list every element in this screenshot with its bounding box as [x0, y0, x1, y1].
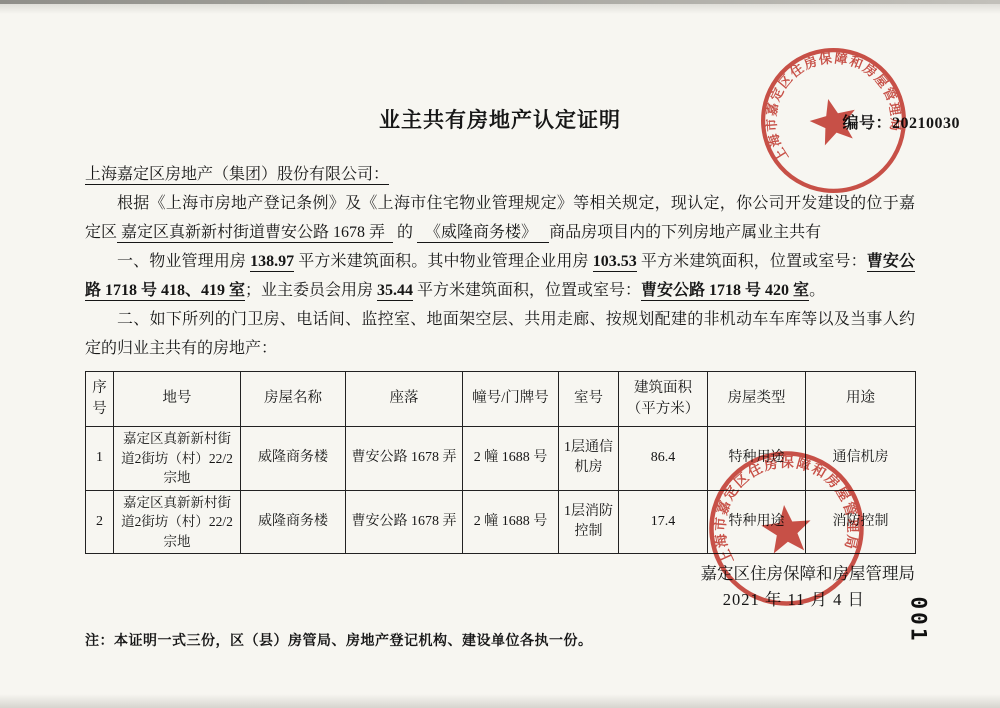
cell-land-number: 嘉定区真新新村街道2街坊（村）22/2宗地	[114, 427, 241, 491]
intro-connector: 的	[393, 224, 417, 241]
item1-text3: 平方米建筑面积，位置或室号：	[637, 253, 867, 270]
scan-edge-bottom	[0, 694, 1000, 708]
cell-room-number: 1层消防控制	[559, 490, 619, 554]
paragraph-item-one: 一、物业管理用房 138.97 平方米建筑面积。其中物业管理企业用房 103.5…	[85, 247, 915, 305]
cell-building-name: 威隆商务楼	[241, 427, 346, 491]
document-number-label: 编号：	[842, 115, 892, 132]
header-building-name: 房屋名称	[241, 372, 346, 427]
intro-building-name-underlined: 《威隆商务楼》	[417, 224, 549, 243]
item1-mgmt-area-underlined: 103.53	[593, 253, 637, 272]
cell-seq: 1	[86, 427, 114, 491]
property-table: 序号 地号 房屋名称 座落 幢号/门牌号 室号 建筑面积（平方米） 房屋类型 用…	[85, 371, 916, 554]
document-content: 业主共有房地产认定证明 编号：20210030 上海嘉定区房地产（集团）股份有限…	[0, 104, 1000, 650]
addressee-line: 上海嘉定区房地产（集团）股份有限公司：	[85, 160, 915, 189]
item1-committee-room-underlined: 曹安公路 1718 号 420 室	[641, 282, 809, 301]
paragraph-item-two: 二、如下所列的门卫房、电话间、监控室、地面架空层、共用走廊、按规划配建的非机动车…	[85, 305, 915, 363]
cell-location: 曹安公路 1678 弄	[346, 427, 463, 491]
page-title: 业主共有房地产认定证明	[85, 104, 915, 134]
table-row: 2 嘉定区真新新村街道2街坊（村）22/2宗地 威隆商务楼 曹安公路 1678 …	[86, 490, 916, 554]
header-land-number: 地号	[114, 372, 241, 427]
header-floor-area: 建筑面积（平方米）	[619, 372, 708, 427]
issuing-authority: 嘉定区住房保障和房屋管理局	[85, 561, 915, 587]
header-location: 座落	[346, 372, 463, 427]
header-house-type: 房屋类型	[708, 372, 806, 427]
cell-floor-area: 86.4	[619, 427, 708, 491]
cell-room-number: 1层通信机房	[559, 427, 619, 491]
item1-period: 。	[809, 282, 825, 299]
table-row: 1 嘉定区真新新村街道2街坊（村）22/2宗地 威隆商务楼 曹安公路 1678 …	[86, 427, 916, 491]
header-seq: 序号	[86, 372, 114, 427]
addressee-company: 上海嘉定区房地产（集团）股份有限公司：	[85, 166, 389, 185]
cell-land-number: 嘉定区真新新村街道2街坊（村）22/2宗地	[114, 490, 241, 554]
page-number: 1	[0, 634, 1000, 649]
document-number: 编号：20210030	[842, 110, 960, 133]
document-number-value: 20210030	[892, 115, 960, 132]
cell-location: 曹安公路 1678 弄	[346, 490, 463, 554]
item1-text: 一、物业管理用房	[117, 253, 250, 270]
scan-edge-top-fade	[0, 4, 1000, 14]
header-usage: 用途	[806, 372, 916, 427]
header-block-number: 幢号/门牌号	[463, 372, 559, 427]
document-header: 业主共有房地产认定证明 编号：20210030	[85, 104, 915, 134]
signature-block: 嘉定区住房保障和房屋管理局 2021 年 11 月 4 日	[85, 561, 915, 613]
item1-total-area-underlined: 138.97	[250, 253, 294, 272]
side-serial-number: 001	[907, 597, 931, 644]
cell-block-number: 2 幢 1688 号	[463, 427, 559, 491]
item1-text2: 平方米建筑面积。其中物业管理企业用房	[294, 253, 593, 270]
cell-house-type: 特种用途	[708, 427, 806, 491]
cell-usage: 消防控制	[806, 490, 916, 554]
item1-text5: 平方米建筑面积，位置或室号：	[413, 282, 641, 299]
document-page: 业主共有房地产认定证明 编号：20210030 上海嘉定区房地产（集团）股份有限…	[0, 0, 1000, 708]
cell-floor-area: 17.4	[619, 490, 708, 554]
intro-text-tail: 商品房项目内的下列房地产属业主共有	[549, 224, 821, 241]
item1-committee-area-underlined: 35.44	[377, 282, 413, 301]
intro-location-underlined: 嘉定区真新新村街道曹安公路 1678 弄	[117, 224, 393, 243]
cell-building-name: 威隆商务楼	[241, 490, 346, 554]
cell-usage: 通信机房	[806, 427, 916, 491]
table-header-row: 序号 地号 房屋名称 座落 幢号/门牌号 室号 建筑面积（平方米） 房屋类型 用…	[86, 372, 916, 427]
cell-block-number: 2 幢 1688 号	[463, 490, 559, 554]
issue-date: 2021 年 11 月 4 日	[85, 587, 915, 613]
cell-house-type: 特种用途	[708, 490, 806, 554]
paragraph-intro: 根据《上海市房地产登记条例》及《上海市住宅物业管理规定》等相关规定，现认定，你公…	[85, 189, 915, 247]
cell-seq: 2	[86, 490, 114, 554]
header-room-number: 室号	[559, 372, 619, 427]
item1-text4: ；业主委员会用房	[245, 282, 377, 299]
